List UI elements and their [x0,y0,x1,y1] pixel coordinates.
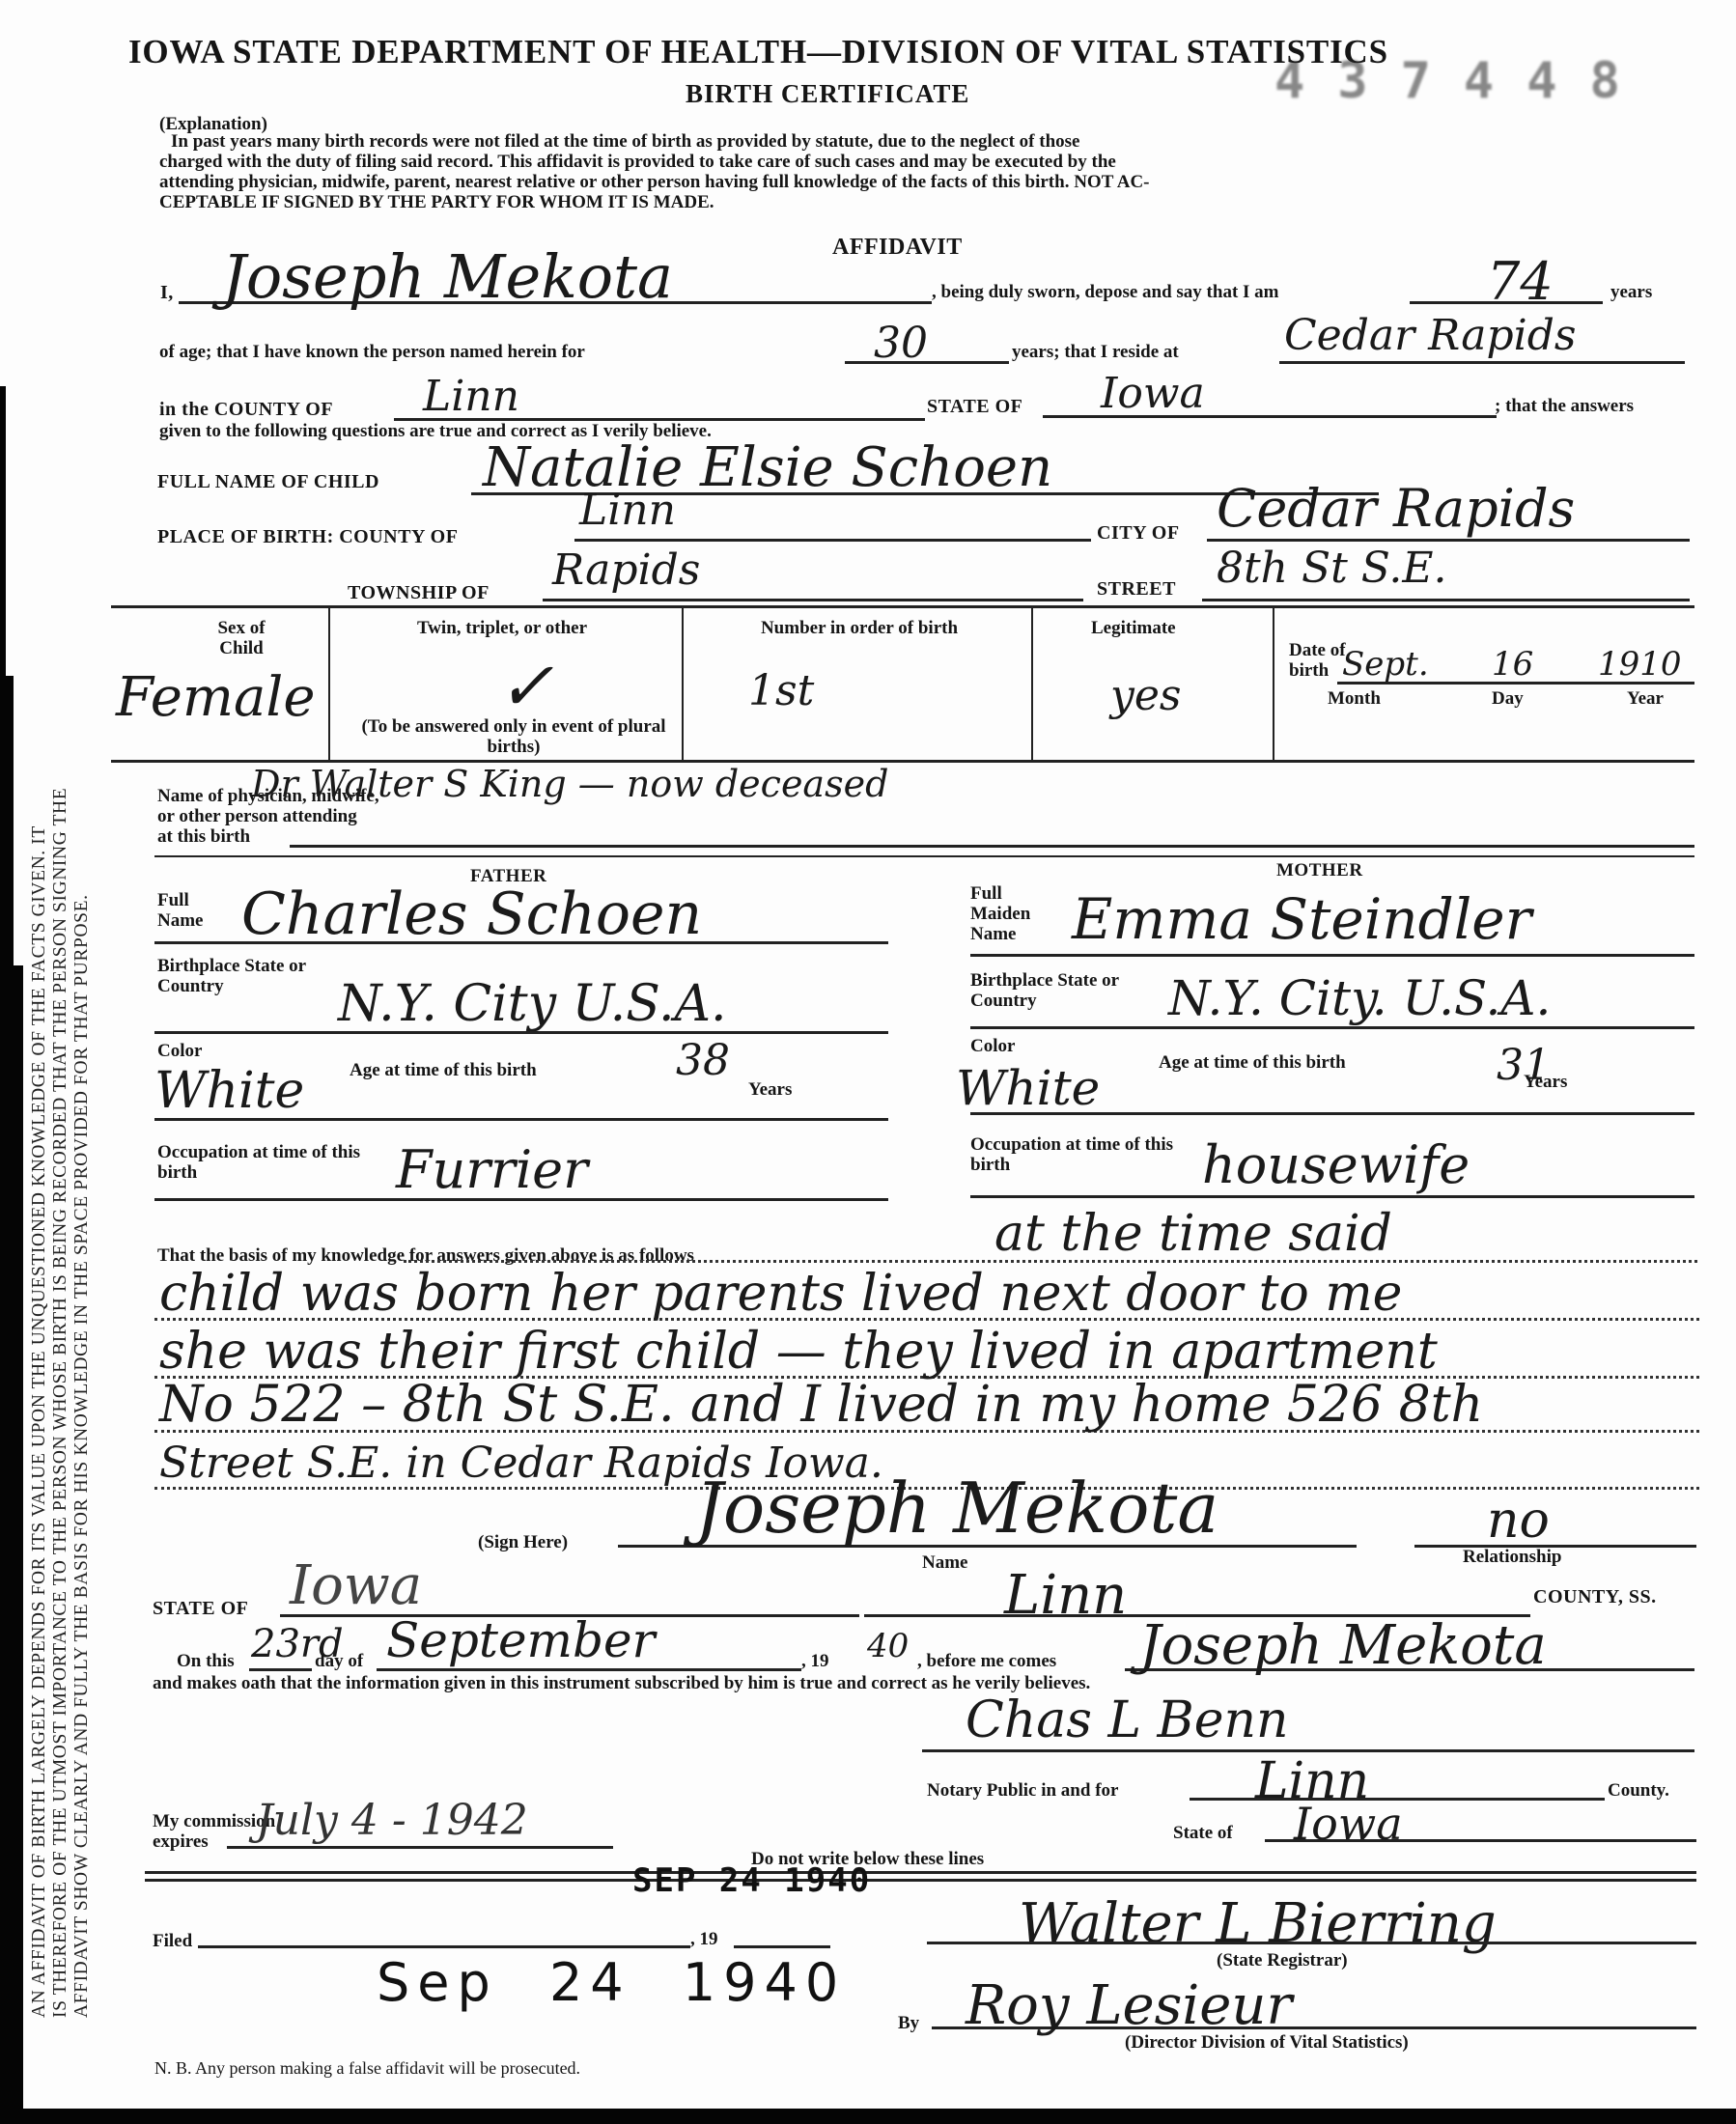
mother-birthplace-label: Birthplace State or Country [970,970,1173,1011]
filed-date-field[interactable]: Sep 24 1940 [377,1952,846,2013]
county-label: in the COUNTY OF [159,399,333,421]
of-age-text: of age; that I have known the person nam… [159,342,585,362]
on-this-label: On this [177,1651,235,1671]
mother-years-label: Years [1524,1072,1567,1092]
sex-field[interactable]: Female [116,666,315,729]
basis-line-field[interactable]: child was born her parents lived next do… [159,1265,1402,1323]
document-subtitle: BIRTH CERTIFICATE [686,79,969,109]
physician-label-line: or other person attending [157,806,379,826]
mother-name-label: Full Maiden Name [970,883,1038,944]
jurat-year-field[interactable]: 40 [867,1627,909,1665]
order-label: Number in order of birth [753,618,966,638]
by-label: By [898,2013,919,2033]
dob-label-line: Date of [1289,640,1346,660]
township-field[interactable]: Rapids [552,545,700,595]
dob-label: Date of birth [1289,640,1346,681]
years-label: years [1610,282,1652,302]
side-note-line: AN AFFIDAVIT OF BIRTH LARGELY DEPENDS FO… [29,87,50,2018]
mother-occupation-label: Occupation at time of this birth [970,1134,1192,1175]
dob-month-field[interactable]: Sept. [1342,645,1429,684]
dob-year-field[interactable]: 1910 [1598,645,1682,684]
scan-border-left [0,386,6,676]
legitimate-field[interactable]: yes [1110,671,1181,720]
mother-birthplace-field[interactable]: N.Y. City. U.S.A. [1168,970,1551,1026]
years-known-field[interactable]: 30 [874,319,928,368]
state-label: STATE OF [927,396,1022,418]
filed-year-label: , 19 [690,1929,718,1949]
notary-state-field[interactable]: Iowa [1294,1798,1403,1850]
father-birthplace-field[interactable]: N.Y. City U.S.A. [338,975,727,1033]
father-age-label: Age at time of this birth [350,1060,562,1080]
sworn-text: , being duly sworn, depose and say that … [932,282,1279,302]
street-field[interactable]: 8th St S.E. [1217,544,1446,593]
physician-field[interactable]: Dr Walter S King — now deceased [251,763,888,805]
jurat-year-prefix: , 19 [801,1651,829,1671]
scan-border-bottom [0,2109,1736,2124]
residence-field[interactable]: Cedar Rapids [1284,311,1576,360]
affiant-state-field[interactable]: Iowa [1101,369,1205,418]
affiant-age-field[interactable]: 74 [1487,251,1554,312]
father-birthplace-label: Birthplace State or Country [157,956,360,996]
registrar-signature-field[interactable]: Walter L Bierring [1019,1892,1497,1955]
relationship-field[interactable]: no [1487,1492,1550,1550]
mother-color-field[interactable]: White [956,1060,1100,1116]
state-of-label: State of [1173,1823,1233,1843]
father-color-field[interactable]: White [154,1062,304,1120]
certificate-number-stamp: 437448 [1274,52,1653,110]
explanation-line: attending physician, midwife, parent, ne… [159,172,1704,192]
father-name-field[interactable]: Charles Schoen [241,880,702,948]
answers-text: ; that the answers [1495,396,1634,416]
twin-note: (To be answered only in event of plural … [359,716,668,757]
notary-signature-field[interactable]: Chas L Benn [966,1691,1289,1749]
year-label: Year [1627,688,1664,709]
order-field[interactable]: 1st [748,666,814,715]
township-label: TOWNSHIP OF [348,582,490,604]
i-label: I, [160,282,174,304]
sign-here-label: (Sign Here) [478,1532,568,1552]
affiant-county-field[interactable]: Linn [423,372,519,421]
child-name-label: FULL NAME OF CHILD [157,471,379,493]
dob-day-field[interactable]: 16 [1492,645,1533,684]
child-name-field[interactable]: Natalie Elsie Schoen [483,436,1052,499]
jurat-state-field[interactable]: Iowa [290,1554,422,1617]
filed-label: Filed [153,1931,192,1951]
signature-name-label: Name [922,1552,967,1573]
before-me-label: , before me comes [917,1651,1056,1671]
page-title: IOWA STATE DEPARTMENT OF HEALTH—DIVISION… [128,33,1388,71]
registrar-label: (State Registrar) [1217,1950,1348,1970]
false-affidavit-warning: N. B. Any person making a false affidavi… [154,2058,580,2079]
father-age-field[interactable]: 38 [676,1036,730,1085]
scan-border-left [0,676,14,965]
reside-text: years; that I reside at [1012,342,1179,362]
scan-border-left [0,965,23,2124]
jurat-county-field[interactable]: Linn [1004,1564,1127,1627]
birth-county-field[interactable]: Linn [579,486,676,535]
legitimate-label: Legitimate [1091,618,1176,638]
basis-line-field[interactable]: at the time said [994,1205,1392,1263]
street-label: STREET [1097,578,1176,601]
director-signature-field[interactable]: Roy Lesieur [966,1974,1292,2037]
sex-label: Sex of Child [198,618,285,658]
side-note-line: AFFIDAVIT SHOW CLEARLY AND FULLY THE BAS… [71,87,93,2018]
affiant-name-field[interactable]: Joseph Mekota [222,241,673,312]
jurat-state-label: STATE OF [153,1598,248,1620]
commission-expires-field[interactable]: July 4 - 1942 [256,1796,528,1845]
father-occupation-field[interactable]: Furrier [396,1139,588,1200]
explanation-text: In past years many birth records were no… [159,131,1704,212]
relationship-label: Relationship [1463,1547,1561,1567]
twin-label: Twin, triplet, or other [406,618,599,638]
month-label: Month [1328,688,1381,709]
mother-age-label: Age at time of this birth [1159,1052,1381,1073]
notary-label: Notary Public in and for [927,1780,1118,1801]
jurat-county-label: COUNTY, SS. [1533,1586,1657,1608]
mother-name-field[interactable]: Emma Steindler [1072,886,1531,952]
basis-line-field[interactable]: she was their first child — they lived i… [159,1323,1438,1381]
father-years-label: Years [748,1079,792,1100]
twin-field[interactable]: ✓ [497,647,554,726]
explanation-line: CEPTABLE IF SIGNED BY THE PARTY FOR WHOM… [159,192,1704,212]
mother-occupation-field[interactable]: housewife [1202,1134,1470,1195]
basis-line-field[interactable]: No 522 – 8th St S.E. and I lived in my h… [159,1376,1483,1434]
mother-heading: MOTHER [1276,860,1363,881]
physician-label-line: at this birth [157,826,379,847]
day-label: Day [1492,688,1524,709]
director-label: (Director Division of Vital Statistics) [1125,2032,1409,2053]
side-note-line: IS THEREFORE OF THE UTMOST IMPORTANCE TO… [50,87,71,2018]
oath-text: and makes oath that the information give… [153,1673,1090,1693]
dob-label-line: birth [1289,660,1346,681]
city-label: CITY OF [1097,522,1180,545]
explanation-line: In past years many birth records were no… [159,131,1704,152]
father-name-label: Full Name [157,890,215,931]
jurat-month-field[interactable]: September [386,1612,655,1668]
affidavit-heading: AFFIDAVIT [832,235,963,261]
affiant-signature-field[interactable]: Joseph Mekota [695,1467,1218,1549]
explanation-line: charged with the duty of filing said rec… [159,152,1704,172]
father-occupation-label: Occupation at time of this birth [157,1142,379,1183]
day-of-label: day of [315,1651,363,1671]
received-date-stamp: SEP 24 1940 [632,1861,871,1900]
birth-city-field[interactable]: Cedar Rapids [1217,478,1575,539]
county-suffix-label: County. [1608,1780,1669,1801]
place-of-birth-label: PLACE OF BIRTH: COUNTY OF [157,526,458,548]
side-note: AN AFFIDAVIT OF BIRTH LARGELY DEPENDS FO… [29,87,93,2018]
jurat-person-field[interactable]: Joseph Mekota [1139,1614,1547,1677]
mother-color-label: Color [970,1036,1015,1056]
father-color-label: Color [157,1041,202,1061]
